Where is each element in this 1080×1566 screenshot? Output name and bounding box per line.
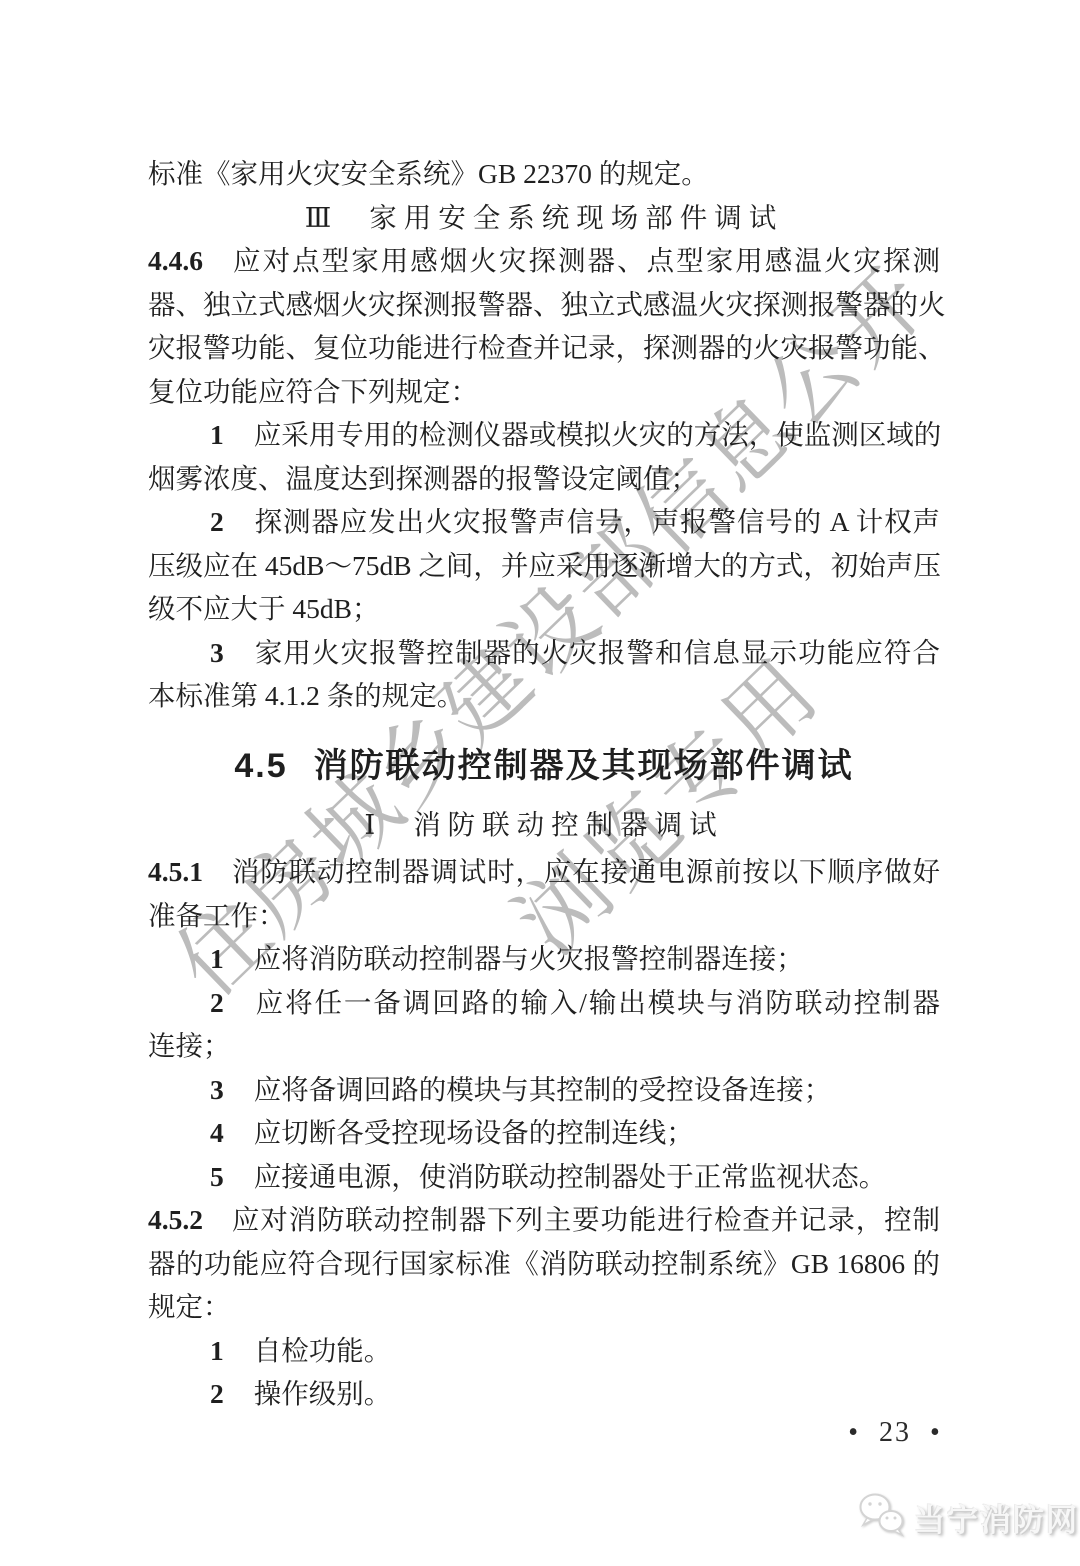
clause-number: 4.5.2 [148,1204,203,1235]
list-item-line: 2应将任一备调回路的输入/输出模块与消防联动控制器 [148,981,940,1025]
list-item-number: 1 [210,419,224,450]
section-title: 消防联动控制器及其现场部件调试 [314,747,854,785]
paragraph-line: 连接； [148,1024,940,1068]
clause-line: 4.4.6应对点型家用感烟火灾探测器、点型家用感温火灾探测 [148,239,940,283]
list-item-number: 1 [210,943,224,974]
subsection-heading: Ⅰ消防联动控制器调试 [148,803,940,847]
subsection-title: 消防联动控制器调试 [413,809,724,840]
document-page: 住房城乡建设部信息公开 浏览专用 标准《家用火灾安全系统》GB 22370 的规… [0,0,1080,1566]
list-item-line: 2操作级别。 [148,1372,940,1416]
list-item-text: 应将备调回路的模块与其控制的受控设备连接； [254,1074,832,1105]
list-item-number: 4 [210,1117,224,1148]
list-item-number: 5 [210,1161,224,1192]
list-item-line: 5应接通电源，使消防联动控制器处于正常监视状态。 [148,1155,940,1199]
paragraph-line: 灾报警功能、复位功能进行检查并记录，探测器的火灾报警功能、 [148,326,940,370]
list-item-line: 2探测器应发出火灾报警声信号，声报警信号的 A 计权声 [148,500,940,544]
list-item-number: 2 [210,506,224,537]
paragraph-line: 标准《家用火灾安全系统》GB 22370 的规定。 [148,152,940,196]
list-item-line: 4应切断各受控现场设备的控制连线； [148,1111,940,1155]
list-item-line: 3应将备调回路的模块与其控制的受控设备连接； [148,1068,940,1112]
section-number: 4.5 [234,747,287,785]
paragraph-line: 器、独立式感烟火灾探测报警器、独立式感温火灾探测报警器的火 [148,283,940,327]
clause-text: 应对消防联动控制器下列主要功能进行检查并记录，控制 [231,1204,940,1235]
list-item-text: 应将消防联动控制器与火灾报警控制器连接； [254,943,804,974]
clause-text: 消防联动控制器调试时，应在接通电源前按以下顺序做好 [231,856,940,887]
list-item-text: 操作级别。 [254,1378,392,1409]
document-body: 标准《家用火灾安全系统》GB 22370 的规定。 Ⅲ家用安全系统现场部件调试 … [148,152,940,1416]
list-item-text: 应切断各受控现场设备的控制连线； [254,1117,694,1148]
list-item-line: 1应将消防联动控制器与火灾报警控制器连接； [148,937,940,981]
page-number: • 23 • [845,1417,945,1449]
list-item-text: 自检功能。 [254,1335,392,1366]
site-watermark: 当宁消防网 [858,1492,1079,1543]
list-item-text: 应采用专用的检测仪器或模拟火灾的方法，使监测区域的 [254,419,942,450]
paragraph-line: 压级应在 45dB～75dB 之间，并应采用逐渐增大的方式，初始声压 [148,544,940,588]
list-item-line: 1应采用专用的检测仪器或模拟火灾的方法，使监测区域的 [148,413,940,457]
list-item-text: 应将任一备调回路的输入/输出模块与消防联动控制器 [254,987,940,1018]
list-item-number: 3 [210,637,224,668]
list-item-line: 3家用火灾报警控制器的火灾报警和信息显示功能应符合 [148,631,940,675]
subsection-heading: Ⅲ家用安全系统现场部件调试 [148,196,940,240]
subsection-numeral: Ⅰ [364,809,375,840]
list-item-number: 3 [210,1074,224,1105]
list-item-text: 探测器应发出火灾报警声信号，声报警信号的 A 计权声 [254,506,940,537]
list-item-line: 1自检功能。 [148,1329,940,1373]
clause-line: 4.5.1消防联动控制器调试时，应在接通电源前按以下顺序做好 [148,850,940,894]
section-heading: 4.5消防联动控制器及其现场部件调试 [148,743,940,790]
list-item-text: 应接通电源，使消防联动控制器处于正常监视状态。 [254,1161,887,1192]
subsection-numeral: Ⅲ [305,202,332,233]
paragraph-line: 器的功能应符合现行国家标准《消防联动控制系统》GB 16806 的 [148,1242,940,1286]
clause-number: 4.4.6 [148,245,203,276]
paragraph-line: 本标准第 4.1.2 条的规定。 [148,674,940,718]
list-item-number: 2 [210,1378,224,1409]
list-item-text: 家用火灾报警控制器的火灾报警和信息显示功能应符合 [254,637,940,668]
list-item-number: 1 [210,1335,224,1366]
subsection-title: 家用安全系统现场部件调试 [369,202,783,233]
site-brand-text: 当宁消防网 [914,1495,1079,1540]
clause-text: 应对点型家用感烟火灾探测器、点型家用感温火灾探测 [231,245,940,276]
paragraph-line: 规定： [148,1285,940,1329]
paragraph-line: 烟雾浓度、温度达到探测器的报警设定阈值； [148,457,940,501]
wechat-icon [858,1492,906,1543]
list-item-number: 2 [210,987,224,1018]
clause-number: 4.5.1 [148,856,203,887]
clause-line: 4.5.2应对消防联动控制器下列主要功能进行检查并记录，控制 [148,1198,940,1242]
paragraph-line: 准备工作： [148,894,940,938]
paragraph-line: 级不应大于 45dB； [148,587,940,631]
paragraph-line: 复位功能应符合下列规定： [148,370,940,414]
